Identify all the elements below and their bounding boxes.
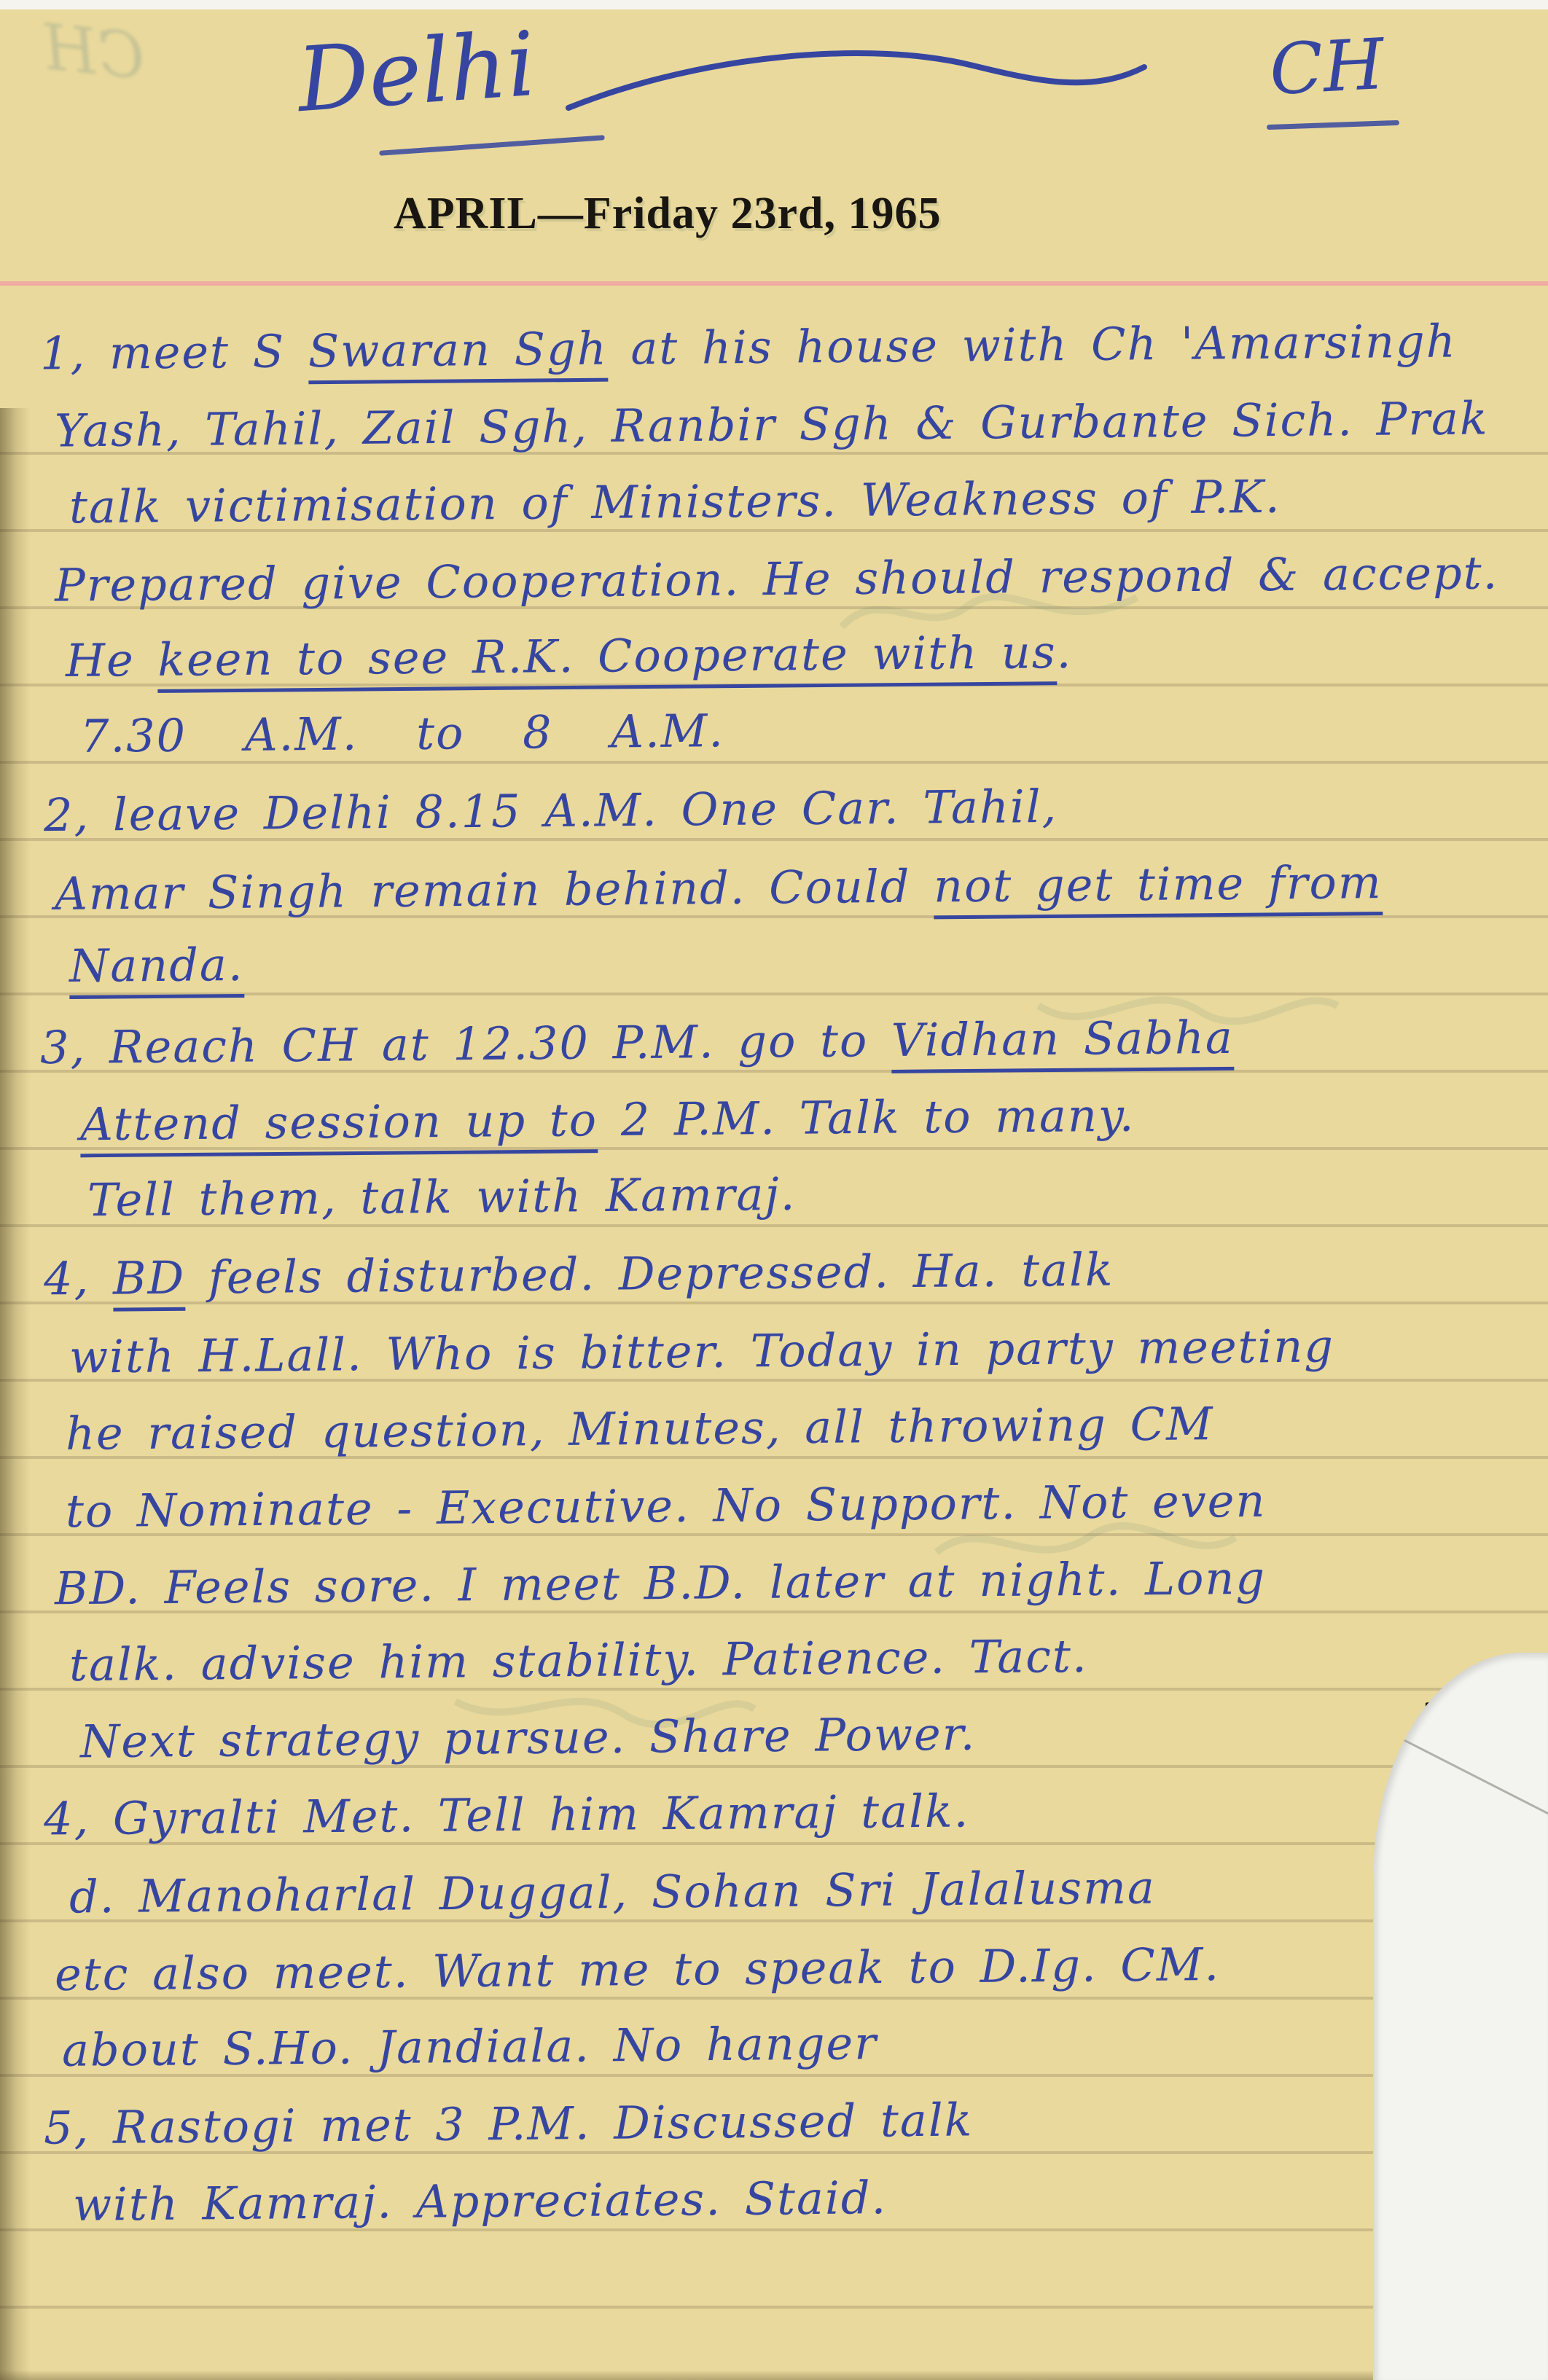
entry-line: talk victimisation of Ministers. Weaknes… — [69, 470, 1281, 534]
entry-line: BD. Feels sore. I meet B.D. later at nig… — [55, 1551, 1267, 1616]
diary-paper: CH Delhi CH APRIL—Friday 23rd, 1965 1, m… — [0, 0, 1548, 2380]
entry-line: d. Manoharlal Duggal, Sohan Sri Jalalusm… — [69, 1860, 1156, 1923]
entry-line: he raised question, Minutes, all throwin… — [66, 1397, 1214, 1460]
underlying-page-corner — [1373, 1653, 1548, 2380]
scanned-diary-page: CH Delhi CH APRIL—Friday 23rd, 1965 1, m… — [0, 0, 1548, 2380]
entry-line: to Nominate - Executive. No Support. Not… — [66, 1474, 1267, 1538]
corner-monogram: CH — [1267, 23, 1386, 111]
entry-line: Nanda. — [69, 938, 244, 993]
location-underline-stroke — [379, 135, 605, 156]
pen-flourish-stroke — [561, 36, 1159, 131]
entry-line: 7.30 A.M. to 8 A.M. — [80, 704, 725, 763]
entry-line: 1, meet S Swaran Sgh at his house with C… — [40, 315, 1457, 380]
entry-line: 3, Reach CH at 12.30 P.M. go to Vidhan S… — [40, 1011, 1234, 1074]
entry-line: talk. advise him stability. Patience. Ta… — [69, 1629, 1088, 1691]
page-top-edge — [0, 0, 1548, 9]
entry-line: about S.Ho. Jandiala. No hanger — [62, 2016, 877, 2077]
entry-line: Tell them, talk with Kamraj. — [87, 1167, 797, 1226]
entry-line: Attend session up to 2 P.M. Talk to many… — [80, 1089, 1135, 1151]
binding-edge-shadow — [0, 408, 31, 2380]
entry-line: 4, BD feels disturbed. Depressed. Ha. ta… — [44, 1243, 1114, 1306]
location-heading: Delhi — [294, 12, 539, 132]
entry-line: Next strategy pursue. Share Power. — [80, 1707, 977, 1769]
printed-date-heading: APRIL—Friday 23rd, 1965 — [394, 188, 942, 240]
paper-crease — [1399, 1737, 1548, 1847]
entry-line: Amar Singh remain behind. Could not get … — [55, 856, 1383, 920]
entry-line: He keen to see R.K. Cooperate with us. — [66, 625, 1073, 687]
entry-line: 2, leave Delhi 8.15 A.M. One Car. Tahil, — [44, 780, 1058, 842]
entry-line: with H.Lall. Who is bitter. Today in par… — [69, 1319, 1335, 1383]
entry-line: 4, Gyralti Met. Tell him Kamraj talk. — [44, 1784, 970, 1845]
entry-line: with Kamraj. Appreciates. Staid. — [73, 2171, 888, 2231]
red-divider-line — [0, 281, 1548, 286]
entry-line: etc also meet. Want me to speak to D.Ig.… — [55, 1938, 1221, 2001]
monogram-underline-stroke — [1267, 120, 1399, 130]
page-bottom-edge — [0, 2370, 1373, 2380]
entry-line: 5, Rastogi met 3 P.M. Discussed talk — [44, 2093, 974, 2154]
ink-ghost-impression: CH — [39, 11, 148, 94]
